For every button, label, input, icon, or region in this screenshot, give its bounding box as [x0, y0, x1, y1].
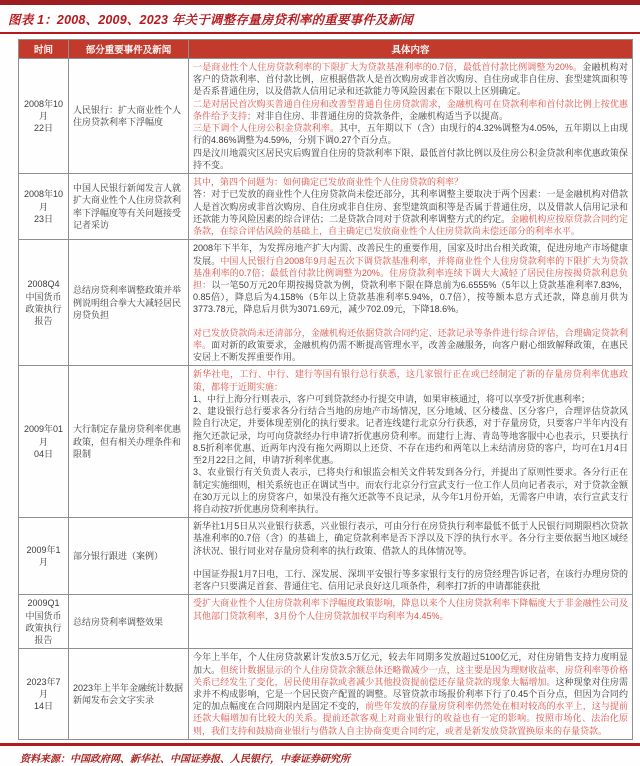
- time-cell: 2009年01月 04日: [19, 366, 69, 518]
- source-note: 资料来源：中国政府网、新华社、中国证券报、人民银行，中泰证券研究所: [0, 746, 640, 765]
- content-paragraph: 3、农业银行有关负责人表示，已将央行和银监会相关文件转发到各分行，并提出了原则性…: [193, 466, 628, 515]
- content-paragraph: 一是商业性个人住房贷款利率的下限扩大为贷款基准利率的0.7倍，最低首付款比例调整…: [193, 61, 628, 98]
- content-cell: 受扩大商业性个人住房贷款利率下浮幅度政策影响，降息以来个人住房贷款利率下降幅度大…: [189, 595, 633, 649]
- highlighted-text: 其中，第四个问题为：如何确定已发放商业性个人住房贷款的利率？: [193, 177, 463, 187]
- content-paragraph: 二是对居民首次购买普通自住房和改善型普通自住房贷款需求，金融机构可在贷款利率和首…: [193, 98, 628, 122]
- event-cell: 人民银行：扩大商业性个人住房贷款利率下浮幅度: [69, 59, 189, 174]
- content-cell: 2008年下半年，为发挥房地产扩大内需、改善民生的重要作用，国家及时出台相关政策…: [189, 240, 633, 366]
- body-text: 对非自住房、非普通住房的贷款条件，金融机构适当予以提高。: [256, 111, 508, 121]
- time-cell: 2009Q1 中国货币政策执行报告: [19, 595, 69, 649]
- title-divider: [0, 32, 640, 34]
- content-paragraph: 四是汶川地震灾区居民灾后购置自住房的贷款利率下限、最低首付款比例以及住房公积金贷…: [193, 147, 628, 171]
- content-paragraph: 今年上半年，个人住房贷款累计发放3.5万亿元，较去年同期多发放超过5100亿元，…: [193, 651, 628, 737]
- content-paragraph: 其中，第四个问题为：如何确定已发放商业性个人住房贷款的利率？: [193, 176, 628, 188]
- table-row: 2008年10月 23日中国人民银行新闻发言人就扩大商业性个人住房贷款利率下浮幅…: [19, 174, 633, 240]
- content-paragraph: 受扩大商业性个人住房贷款利率下浮幅度政策影响，降息以来个人住房贷款利率下降幅度大…: [193, 597, 628, 621]
- table-body: 2008年10月 22日人民银行：扩大商业性个人住房贷款利率下浮幅度一是商业性个…: [19, 59, 633, 740]
- event-cell: 大行制定存量房贷利率优惠政策，但有相关办理条件和限制: [69, 366, 189, 518]
- event-cell: 总结房贷利率调整政策并举例说明组合拳大大减轻居民房贷负担: [69, 240, 189, 366]
- table-header: 时间 部分重要事件及新闻 具体内容: [19, 40, 633, 59]
- body-text: 新华社1月5日从兴业银行获悉，兴业银行表示，可由分行在房贷执行利率最低不低于人民…: [193, 521, 628, 555]
- event-cell: 部分银行跟进（案例）: [69, 518, 189, 595]
- time-cell: 2008Q4 中国货币政策执行报告: [19, 240, 69, 366]
- highlighted-text: 受扩大商业性个人住房贷款利率下浮幅度政策影响，降息以来个人住房贷款利率下降幅度大…: [193, 598, 628, 620]
- content-cell: 其中，第四个问题为：如何确定已发放商业性个人住房贷款的利率？答：对于已发放的商业…: [189, 174, 633, 240]
- event-cell: 中国人民银行新闻发言人就扩大商业性个人住房贷款利率下浮幅度等有关问题接受记者采访: [69, 174, 189, 240]
- body-text: 2、建设银行总行要求各分行结合当地的房地产市场情况，区分地域、区分楼盘、区分客户…: [193, 406, 628, 465]
- header-content: 具体内容: [189, 40, 633, 59]
- paragraph-spacer: [193, 316, 628, 327]
- report-page: 图表 1：2008、2009、2023 年关于调整存量房贷利率的重要事件及新闻 …: [0, 0, 640, 766]
- highlighted-text: 三是下调个人住房公积金贷款利率。: [193, 123, 339, 133]
- content-paragraph: 2、建设银行总行要求各分行结合当地的房地产市场情况，区分地域、区分楼盘、区分客户…: [193, 405, 628, 466]
- content-paragraph: 三是下调个人住房公积金贷款利率。其中，五年期以下（含）由现行的4.32%调整为4…: [193, 122, 628, 146]
- content-paragraph: 对已发放贷款尚未还清部分，金融机构还依据贷款合同约定、还款记录等条件进行综合评估…: [193, 327, 628, 364]
- time-cell: 2023年7月 14日: [19, 649, 69, 740]
- time-cell: 2009年1月: [19, 518, 69, 595]
- body-text: 面对新的政策要求，金融机构仍需不断提高管理水平，改善金融服务，向客户耐心细致解释…: [193, 340, 628, 362]
- highlighted-text: 新华社电，工行、中行、建行等国有银行总行获悉，这几家银行正在或已经制定了新的存量…: [193, 369, 628, 391]
- content-paragraph: 答：对于已发放的商业性个人住房贷款尚未偿还部分，其利率调整主要取决于两个因素：一…: [193, 188, 628, 237]
- header-time: 时间: [19, 40, 69, 59]
- content-paragraph: 新华社1月5日从兴业银行获悉，兴业银行表示，可由分行在房贷执行利率最低不低于人民…: [193, 520, 628, 557]
- paragraph-spacer: [193, 557, 628, 568]
- content-paragraph: 中国证券报1月7日电，工行、深发展、深圳平安银行等多家银行支行的房贷经理告诉记者…: [193, 568, 628, 592]
- body-text: 中国证券报1月7日电，工行、深发展、深圳平安银行等多家银行支行的房贷经理告诉记者…: [193, 569, 628, 591]
- content-paragraph: 1、中行上海分行则表示，客户可到贷款经办行提交申请，如果审核通过，将可以享受7折…: [193, 393, 628, 405]
- content-cell: 一是商业性个人住房贷款利率的下限扩大为贷款基准利率的0.7倍，最低首付款比例调整…: [189, 59, 633, 174]
- page-title: 图表 1：2008、2009、2023 年关于调整存量房贷利率的重要事件及新闻: [0, 5, 640, 32]
- header-event: 部分重要事件及新闻: [69, 40, 189, 59]
- table-row: 2008年10月 22日人民银行：扩大商业性个人住房贷款利率下浮幅度一是商业性个…: [19, 59, 633, 174]
- events-table: 时间 部分重要事件及新闻 具体内容 2008年10月 22日人民银行：扩大商业性…: [18, 39, 633, 740]
- event-cell: 2023年上半年金融统计数据新闻发布会文字实录: [69, 649, 189, 740]
- table-row: 2009年1月部分银行跟进（案例）新华社1月5日从兴业银行获悉，兴业银行表示，可…: [19, 518, 633, 595]
- content-cell: 新华社1月5日从兴业银行获悉，兴业银行表示，可由分行在房贷执行利率最低不低于人民…: [189, 518, 633, 595]
- content-paragraph: 2008年下半年，为发挥房地产扩大内需、改善民生的重要作用，国家及时出台相关政策…: [193, 242, 628, 315]
- body-text: 3、农业银行有关负责人表示，已将央行和银监会相关文件转发到各分行，并提出了原则性…: [193, 467, 628, 514]
- content-cell: 今年上半年，个人住房贷款累计发放3.5万亿元，较去年同期多发放超过5100亿元，…: [189, 649, 633, 740]
- event-cell: 总结房贷利率调整效果: [69, 595, 189, 649]
- content-cell: 新华社电，工行、中行、建行等国有银行总行获悉，这几家银行正在或已经制定了新的存量…: [189, 366, 633, 518]
- highlighted-text: 一是商业性个人住房贷款利率的下限扩大为贷款基准利率的0.7倍，最低首付款比例调整…: [193, 62, 582, 72]
- body-text: 以一笔50万元20年期按揭贷款为例，贷款利率下限在降息前为6.6555%（5年以…: [193, 280, 628, 314]
- table-row: 2009年01月 04日大行制定存量房贷利率优惠政策，但有相关办理条件和限制新华…: [19, 366, 633, 518]
- body-text: 1、中行上海分行则表示，客户可到贷款经办行提交申请，如果审核通过，将可以享受7折…: [193, 394, 590, 404]
- table-row: 2023年7月 14日2023年上半年金融统计数据新闻发布会文字实录今年上半年，…: [19, 649, 633, 740]
- content-paragraph: 新华社电，工行、中行、建行等国有银行总行获悉，这几家银行正在或已经制定了新的存量…: [193, 368, 628, 392]
- time-cell: 2008年10月 22日: [19, 59, 69, 174]
- body-text: 四是汶川地震灾区居民灾后购置自住房的贷款利率下限、最低首付款比例以及住房公积金贷…: [193, 148, 628, 170]
- table-row: 2009Q1 中国货币政策执行报告总结房贷利率调整效果受扩大商业性个人住房贷款利…: [19, 595, 633, 649]
- table-row: 2008Q4 中国货币政策执行报告总结房贷利率调整政策并举例说明组合拳大大减轻居…: [19, 240, 633, 366]
- time-cell: 2008年10月 23日: [19, 174, 69, 240]
